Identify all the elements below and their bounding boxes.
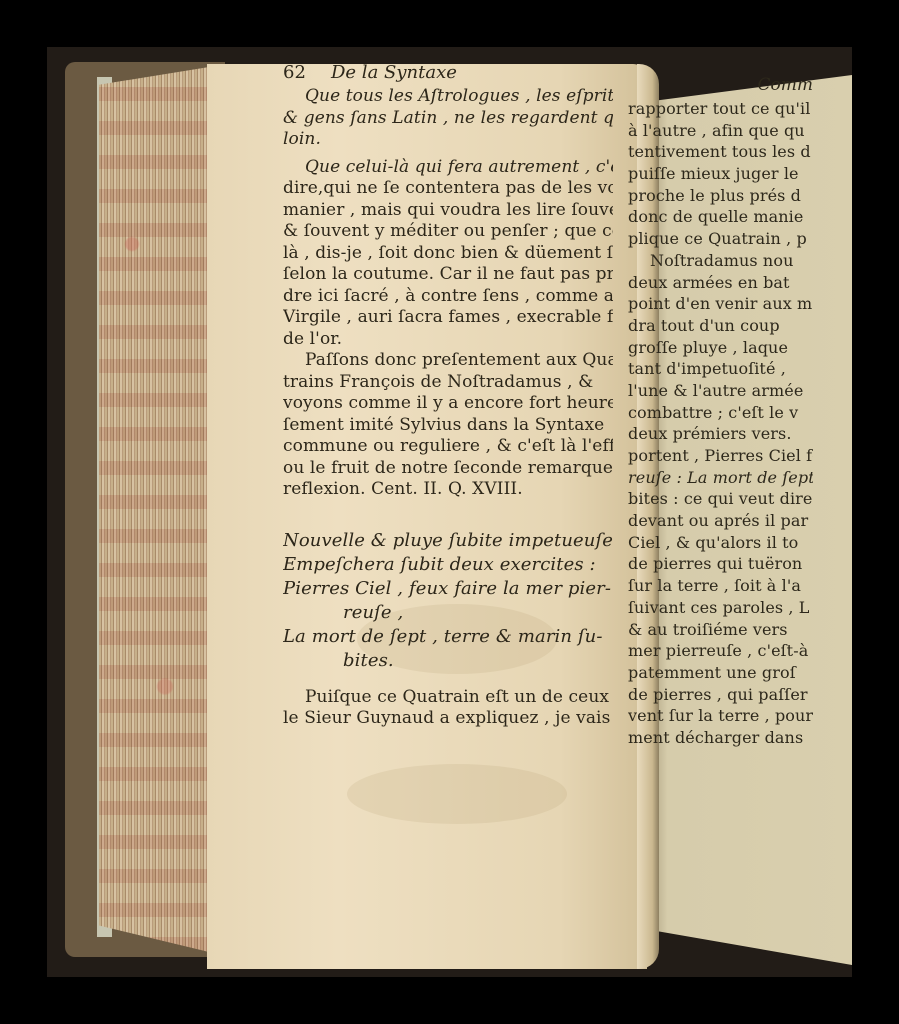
text-line: Que tous les Aſtrologues , les eſprits g…: [283, 86, 613, 108]
quatrain-line: Nouvelle & pluye ſubite impetueuſe: [283, 529, 613, 553]
text-line: dire,qui ne ſe contentera pas de les voi…: [283, 178, 613, 200]
quatrain-line: Empeſchera ſubit deux exercites :: [283, 553, 613, 577]
text-line: portent , Pierres Ciel fe: [628, 445, 813, 467]
text-line: reflexion. Cent. II. Q. XVIII.: [283, 479, 613, 501]
text-line: là , dis-je , ſoit donc bien & düement ſ…: [283, 243, 613, 265]
text-line: deux armées en bat: [628, 272, 813, 294]
text-line: & au troiſiéme vers: [628, 619, 813, 641]
text-line: Noſtradamus nou: [628, 250, 813, 272]
text-line: proche le plus prés d: [628, 185, 813, 207]
page-header: 62 De la Syntaxe: [283, 60, 613, 86]
text-line: vent ſur la terre , pour: [628, 705, 813, 727]
text-line: de pierres , qui paſſer: [628, 684, 813, 706]
text-line: l'une & l'autre armée: [628, 380, 813, 402]
text-line: combattre ; c'eſt le v: [628, 402, 813, 424]
page-stack-fore-edge: [99, 67, 209, 952]
text-line: trains François de Noſtradamus , &: [283, 372, 613, 394]
text-line: patemment une groſ: [628, 662, 813, 684]
right-running-head: Comm: [628, 72, 813, 98]
text-line: de pierres qui tuëron: [628, 553, 813, 575]
page-number: 62: [283, 60, 313, 86]
text-line: de l'or.: [283, 329, 613, 351]
text-line: dra tout d'un coup: [628, 315, 813, 337]
text-line: ſement imité Sylvius dans la Syntaxe: [283, 415, 613, 437]
text-line: plique ce Quatrain , p: [628, 228, 813, 250]
text-line: loin.: [283, 129, 613, 151]
text-line: manier , mais qui voudra les lire ſouven…: [283, 200, 613, 222]
text-line: dre ici ſacré , à contre ſens , comme a …: [283, 286, 613, 308]
text-line: groſſe pluye , laque: [628, 337, 813, 359]
text-line: ſelon la coutume. Car il ne faut pas pre…: [283, 264, 613, 286]
left-page-text: 62 De la Syntaxe Que tous les Aſtrologue…: [283, 60, 613, 730]
text-line: donc de quelle manie: [628, 206, 813, 228]
quatrain-line: bites.: [283, 649, 613, 673]
text-line: voyons comme il y a encore fort heureu-: [283, 393, 613, 415]
right-page-text: Comm rapporter tout ce qu'il à l'autre ,…: [628, 72, 813, 749]
quatrain-line: La mort de ſept , terre & marin ſu-: [283, 625, 613, 649]
text-line: bites : ce qui veut dire c: [628, 488, 813, 510]
text-line: tentivement tous les d: [628, 141, 813, 163]
text-line: devant ou aprés il par: [628, 510, 813, 532]
text-line: ment décharger dans: [628, 727, 813, 749]
stain: [347, 764, 567, 824]
text-line: mer pierreuſe , c'eſt-à d: [628, 640, 813, 662]
text-line: le Sieur Guynaud a expliquez , je vais l…: [283, 708, 613, 730]
text-line: & gens ſans Latin , ne les regardent que…: [283, 108, 613, 130]
text-line: Ciel , & qu'alors il to: [628, 532, 813, 554]
text-line: puiſſe mieux juger le: [628, 163, 813, 185]
quatrain-line: Pierres Ciel , feux faire la mer pier-: [283, 577, 613, 601]
text-line: ou le fruit de notre ſeconde remarque ou: [283, 458, 613, 480]
text-line: Paſſons donc preſentement aux Qua-: [283, 350, 613, 372]
text-line: à l'autre , afin que qu: [628, 120, 813, 142]
text-line: reuſe : La mort de ſept: [628, 467, 813, 489]
text-line: ſur la terre , ſoit à l'a: [628, 575, 813, 597]
quatrain-line: reuſe ,: [283, 601, 613, 625]
running-head: De la Syntaxe: [313, 60, 613, 86]
text-line: Puiſque ce Quatrain eſt un de ceux que: [283, 687, 613, 709]
text-line: Que celui-là qui fera autrement , c'eſt-…: [283, 157, 613, 179]
text-line: Virgile , auri ſacra fames , execrable f…: [283, 307, 613, 329]
text-line: deux prémiers vers.: [628, 423, 813, 445]
text-line: tant d'impetuoſité ,: [628, 358, 813, 380]
text-line: commune ou reguliere , & c'eſt là l'effe…: [283, 436, 613, 458]
text-line: point d'en venir aux m: [628, 293, 813, 315]
text-line: ſuivant ces paroles , L: [628, 597, 813, 619]
text-line: rapporter tout ce qu'il: [628, 98, 813, 120]
text-line: & ſouvent y méditer ou penſer ; que celu…: [283, 221, 613, 243]
